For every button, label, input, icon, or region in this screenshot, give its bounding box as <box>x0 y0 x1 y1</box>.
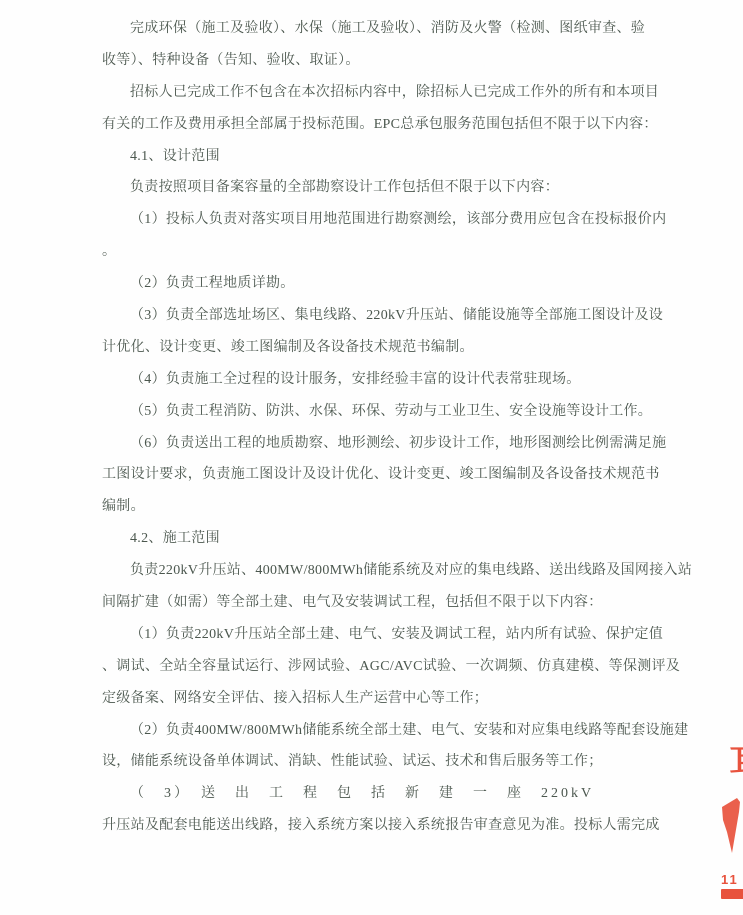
text-line: 工图设计要求，负责施工图设计及设计优化、设计变更、竣工图编制及各设备技术规范书 <box>102 459 664 491</box>
text-line: 4.2、施工范围 <box>102 523 664 555</box>
text-line: （1）负责220kV升压站全部土建、电气、安装及调试工程，站内所有试验、保护定值 <box>102 619 664 651</box>
red-page-number: 11 <box>721 872 739 887</box>
text-line: 4.1、设计范围 <box>102 141 664 173</box>
document-text: 完成环保（施工及验收）、水保（施工及验收）、消防及火警（检测、图纸审查、验收等）… <box>102 13 664 842</box>
text-line: （1）投标人负责对落实项目用地范围进行勘察测绘，该部分费用应包含在投标报价内 <box>102 204 664 236</box>
text-line: （3）负责全部选址场区、集电线路、220kV升压站、储能设施等全部施工图设计及设 <box>102 300 664 332</box>
text-line: 有关的工作及费用承担全部属于投标范围。EPC总承包服务范围包括但不限于以下内容： <box>102 109 664 141</box>
text-line: 招标人已完成工作不包含在本次招标内容中，除招标人已完成工作外的所有和本项目 <box>102 77 664 109</box>
red-arrow-mark <box>716 798 743 856</box>
text-line: 、调试、全站全容量试运行、涉网试验、AGC/AVC试验、一次调频、仿真建模、等保… <box>102 651 664 683</box>
text-line: 升压站及配套电能送出线路，接入系统方案以接入系统报告审查意见为准。投标人需完成 <box>102 810 664 842</box>
text-line: 计优化、设计变更、竣工图编制及各设备技术规范书编制。 <box>102 332 664 364</box>
text-line: （6）负责送出工程的地质勘察、地形测绘、初步设计工作，地形图测绘比例需满足施 <box>102 428 664 460</box>
text-line: 。 <box>102 236 664 268</box>
text-line: （5）负责工程消防、防洪、水保、环保、劳动与工业卫生、安全设施等设计工作。 <box>102 396 664 428</box>
red-stamp-partial-character: 耳 <box>729 742 743 785</box>
text-line: （4）负责施工全过程的设计服务，安排经验丰富的设计代表常驻现场。 <box>102 364 664 396</box>
text-line: 设，储能系统设备单体调试、消缺、性能试验、试运、技术和售后服务等工作； <box>102 746 664 778</box>
text-line: 负责220kV升压站、400MW/800MWh储能系统及对应的集电线路、送出线路… <box>102 555 664 587</box>
text-line: （2）负责工程地质详勘。 <box>102 268 664 300</box>
text-line: （ 3） 送 出 工 程 包 括 新 建 一 座 220kV <box>102 778 664 810</box>
text-line: 定级备案、网络安全评估、接入招标人生产运营中心等工作； <box>102 683 664 715</box>
text-line: （2）负责400MW/800MWh储能系统全部土建、电气、安装和对应集电线路等配… <box>102 715 664 747</box>
text-line: 负责按照项目备案容量的全部勘察设计工作包括但不限于以下内容： <box>102 172 664 204</box>
text-line: 间隔扩建（如需）等全部土建、电气及安装调试工程，包括但不限于以下内容： <box>102 587 664 619</box>
document-page: 完成环保（施工及验收）、水保（施工及验收）、消防及火警（检测、图纸审查、验收等）… <box>0 0 743 915</box>
text-line: 编制。 <box>102 491 664 523</box>
red-page-number-bar <box>721 889 743 899</box>
text-line: 收等）、特种设备（告知、验收、取证）。 <box>102 45 664 77</box>
text-line: 完成环保（施工及验收）、水保（施工及验收）、消防及火警（检测、图纸审查、验 <box>102 13 664 45</box>
